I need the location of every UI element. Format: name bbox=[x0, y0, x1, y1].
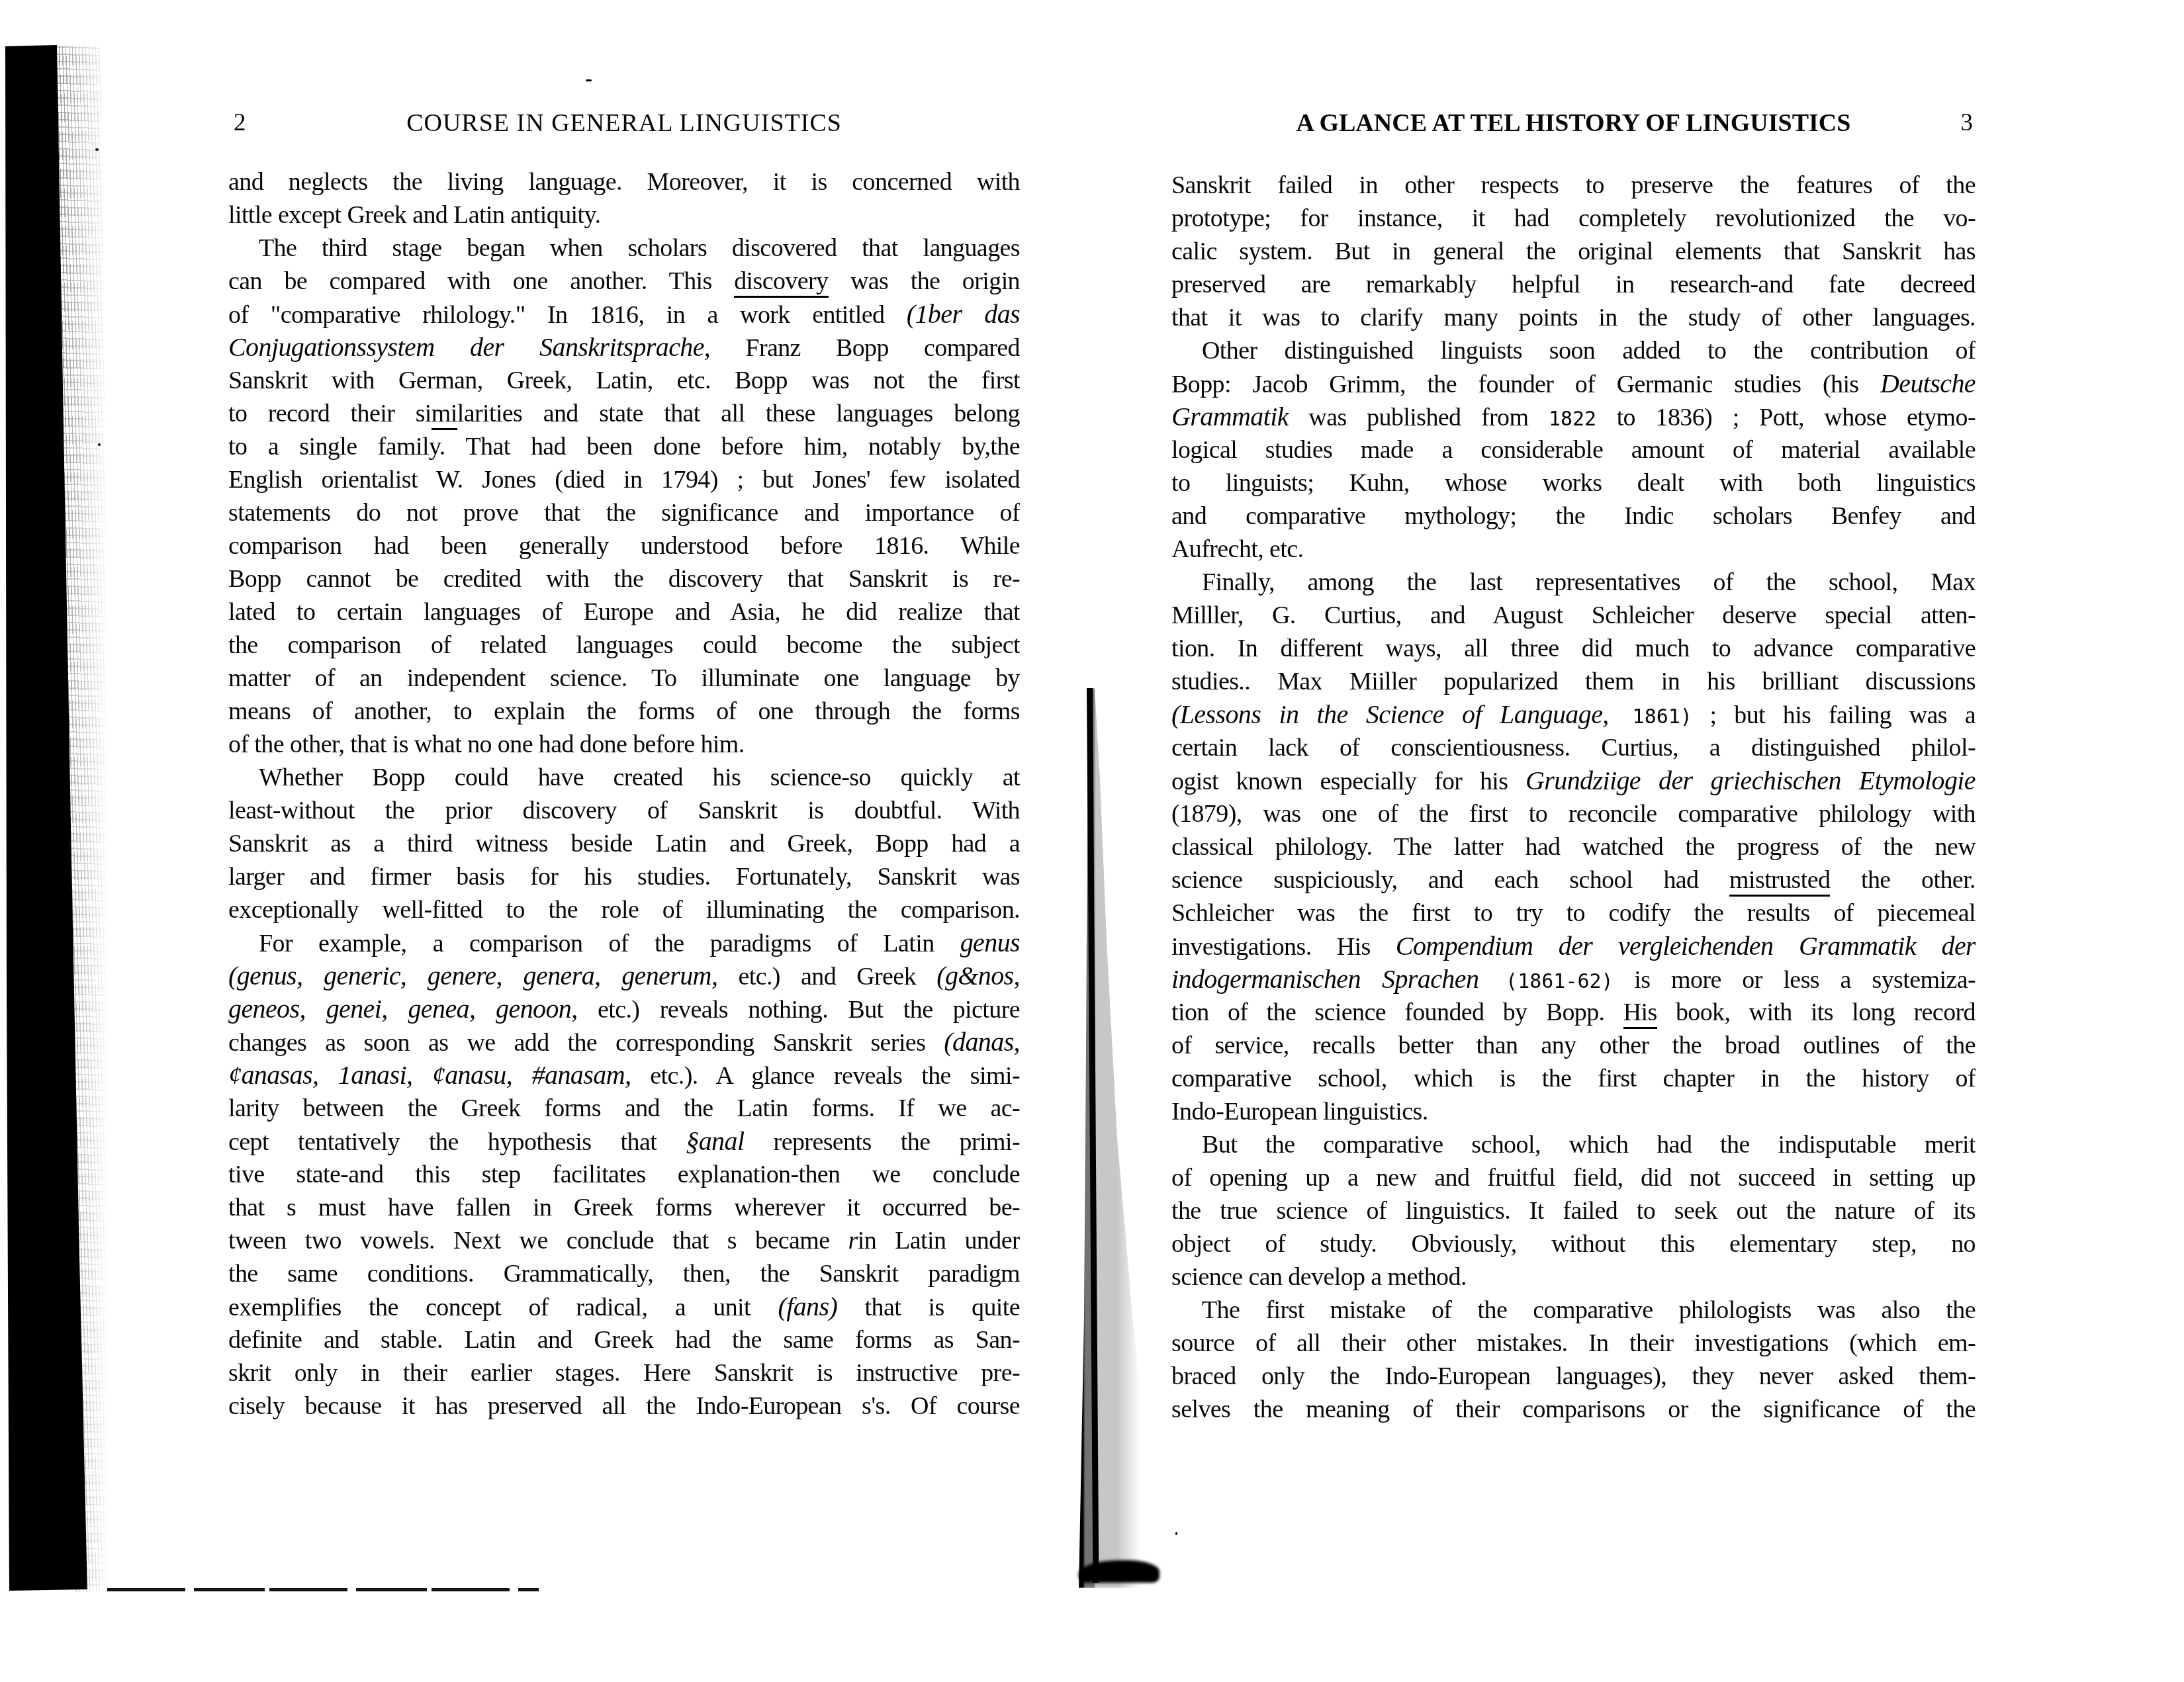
text-line: Bopp: Jacob Grimm, the founder of German… bbox=[1171, 367, 1976, 400]
binding-shadow-foot bbox=[1079, 1560, 1160, 1583]
text-segment: the true science of linguistics. It fail… bbox=[1171, 1197, 1976, 1225]
underlined-text: mistrusted bbox=[1729, 866, 1830, 897]
page-left: 2 COURSE IN GENERAL LINGUISTICS and negl… bbox=[228, 0, 1020, 1682]
text-line: (genus, generic, genere, genera, generum… bbox=[228, 959, 1020, 993]
running-title-right: A GLANCE AT TEL HISTORY OF LINGUISTICS bbox=[1171, 108, 1976, 138]
text-segment: science suspiciously, and each school ha… bbox=[1171, 866, 1729, 894]
text-line: braced only the Indo-European languages)… bbox=[1171, 1360, 1976, 1393]
italic-text: genus bbox=[960, 928, 1020, 957]
underlined-text: His bbox=[1623, 998, 1657, 1029]
text-segment: tion of the science founded by Bopp. bbox=[1171, 998, 1623, 1026]
text-line: Other distinguished linguists soon added… bbox=[1171, 334, 1976, 367]
text-segment: The third stage began when scholars disc… bbox=[259, 234, 1020, 262]
text-segment: Other distinguished linguists soon added… bbox=[1202, 337, 1976, 365]
text-segment: skrit only in their earlier stages. Here… bbox=[228, 1359, 1020, 1387]
text-line: Bopp cannot be credited with the discove… bbox=[228, 562, 1020, 596]
text-segment: selves the meaning of their comparisons … bbox=[1171, 1395, 1976, 1423]
text-segment: of service, recalls better than any othe… bbox=[1171, 1032, 1976, 1059]
text-line: the same conditions. Grammatically, then… bbox=[228, 1257, 1020, 1290]
text-line: and neglects the living language. Moreov… bbox=[228, 165, 1020, 199]
text-line: selves the meaning of their comparisons … bbox=[1171, 1393, 1976, 1426]
text-segment: in Latin under bbox=[858, 1227, 1020, 1255]
text-line: For example, a comparison of the paradig… bbox=[228, 926, 1020, 959]
text-segment: certain lack of conscientiousness. Curti… bbox=[1171, 734, 1976, 762]
text-segment: statements do not prove that the signifi… bbox=[228, 499, 1020, 527]
text-line: ogist known especially for his Grundziig… bbox=[1171, 764, 1976, 797]
text-segment: etc.) and Greek bbox=[717, 963, 936, 991]
text-segment: of "comparative rhilology." In 1816, in … bbox=[228, 301, 907, 329]
text-line: that it was to clarify many points in th… bbox=[1171, 301, 1976, 334]
text-line: cept tentatively the hypothesis that §an… bbox=[228, 1125, 1020, 1158]
text-line: Sanskrit as a third witness beside Latin… bbox=[228, 827, 1020, 860]
text-line: of service, recalls better than any othe… bbox=[1171, 1029, 1976, 1062]
text-segment: the comparison of related languages coul… bbox=[228, 631, 1020, 659]
italic-text: Conjugationssystem der Sanskritsprache, bbox=[228, 332, 710, 362]
text-segment: to 1836) ; Pott, whose etymo- bbox=[1596, 404, 1976, 431]
text-segment: braced only the Indo-European languages)… bbox=[1171, 1362, 1976, 1390]
text-line: larger and firmer basis for his studies.… bbox=[228, 860, 1020, 893]
text-line: can be compared with one another. This d… bbox=[228, 265, 1020, 298]
text-line: object of study. Obviously, without this… bbox=[1171, 1227, 1976, 1261]
text-line: Sanskrit with German, Greek, Latin, etc.… bbox=[228, 364, 1020, 397]
text-line: studies.. Max Miiller popularized them i… bbox=[1171, 665, 1976, 698]
text-segment: to a single family. That had been done b… bbox=[228, 433, 1020, 461]
italic-text: Deutsche bbox=[1880, 369, 1976, 398]
text-line: matter of an independent science. To ill… bbox=[228, 662, 1020, 695]
text-line: comparative school, which is the first c… bbox=[1171, 1062, 1976, 1095]
text-segment: of opening up a new and fruitful field, … bbox=[1171, 1164, 1976, 1192]
running-title-left: COURSE IN GENERAL LINGUISTICS bbox=[228, 108, 1020, 138]
text-segment: Bopp: Jacob Grimm, the founder of German… bbox=[1171, 371, 1880, 398]
text-segment: ; but his failing was a bbox=[1692, 701, 1976, 729]
text-segment: Bopp cannot be credited with the discove… bbox=[228, 565, 1020, 593]
text-line: statements do not prove that the signifi… bbox=[228, 496, 1020, 529]
text-line: to record their similarities and state t… bbox=[228, 397, 1020, 430]
text-segment: preserved are remarkably helpful in rese… bbox=[1171, 271, 1976, 298]
italic-text: §anal bbox=[686, 1126, 744, 1156]
text-line: skrit only in their earlier stages. Here… bbox=[228, 1356, 1020, 1390]
text-line: least-without the prior discovery of San… bbox=[228, 794, 1020, 827]
italic-text: indogermanischen Sprachen bbox=[1171, 964, 1479, 994]
text-segment: science can develop a method. bbox=[1171, 1263, 1467, 1291]
text-line: calic system. But in general the origina… bbox=[1171, 235, 1976, 268]
italic-text: ¢anasas, 1anasi, ¢anasu, #anasam, bbox=[228, 1060, 631, 1090]
text-line: to linguists; Kuhn, whose works dealt wi… bbox=[1171, 466, 1976, 500]
text-segment: and neglects the living language. Moreov… bbox=[228, 168, 1020, 196]
page-right: A GLANCE AT TEL HISTORY OF LINGUISTICS 3… bbox=[1171, 0, 1976, 1682]
text-segment: exceptionally well-fitted to the role of… bbox=[228, 896, 1020, 924]
italic-text: Compendium der vergleichenden Grammatik … bbox=[1396, 931, 1976, 961]
text-line: logical studies made a considerable amou… bbox=[1171, 433, 1976, 466]
mono-text: (1861-62) bbox=[1479, 970, 1613, 993]
text-segment: (1879), was one of the first to reconcil… bbox=[1171, 800, 1976, 828]
text-segment: Indo-European linguistics. bbox=[1171, 1098, 1428, 1126]
text-line: investigations. His Compendium der vergl… bbox=[1171, 930, 1976, 963]
text-segment: represents the primi- bbox=[744, 1128, 1020, 1156]
text-segment: English orientalist W. Jones (died in 17… bbox=[228, 466, 1020, 494]
text-segment: logical studies made a considerable amou… bbox=[1171, 436, 1976, 464]
text-line: prototype; for instance, it had complete… bbox=[1171, 202, 1976, 235]
text-segment: can be compared with one another. This bbox=[228, 267, 734, 295]
text-segment: means of another, to explain the forms o… bbox=[228, 697, 1020, 725]
text-segment: calic system. But in general the origina… bbox=[1171, 238, 1976, 265]
mono-text: 1822 bbox=[1549, 408, 1596, 431]
text-line: Milller, G. Curtius, and August Schleich… bbox=[1171, 599, 1976, 632]
text-segment: least-without the prior discovery of San… bbox=[228, 797, 1020, 824]
mono-text: 1861) bbox=[1609, 705, 1692, 729]
text-line: English orientalist W. Jones (died in 17… bbox=[228, 463, 1020, 496]
text-line: of the other, that is what no one had do… bbox=[228, 728, 1020, 761]
page-left-body-text: and neglects the living language. Moreov… bbox=[228, 165, 1020, 1423]
text-line: preserved are remarkably helpful in rese… bbox=[1171, 268, 1976, 301]
italic-text: (g&nos, bbox=[936, 961, 1020, 991]
text-line: of opening up a new and fruitful field, … bbox=[1171, 1161, 1976, 1194]
text-segment: Sanskrit with German, Greek, Latin, etc.… bbox=[228, 367, 1020, 394]
text-line: tion of the science founded by Bopp. His… bbox=[1171, 996, 1976, 1029]
text-segment: But the comparative school, which had th… bbox=[1202, 1131, 1976, 1159]
text-segment: object of study. Obviously, without this… bbox=[1171, 1230, 1976, 1258]
page-number-right: 3 bbox=[1961, 108, 1974, 138]
text-segment: cept tentatively the hypothesis that bbox=[228, 1128, 686, 1156]
text-line: (Lessons in the Science of Language, 186… bbox=[1171, 698, 1976, 731]
text-line: exemplifies the concept of radical, a un… bbox=[228, 1290, 1020, 1323]
italic-text: (Lessons in the Science of Language, bbox=[1171, 699, 1609, 729]
text-line: Grammatik was published from 1822 to 183… bbox=[1171, 400, 1976, 433]
text-line: Whether Bopp could have created his scie… bbox=[228, 761, 1020, 794]
text-line: The first mistake of the comparative phi… bbox=[1171, 1294, 1976, 1327]
text-segment: is more or less a systemiza- bbox=[1614, 966, 1976, 994]
text-line: Finally, among the last representatives … bbox=[1171, 566, 1976, 599]
text-line: little except Greek and Latin antiquity. bbox=[228, 199, 1020, 232]
page-right-body-text: Sanskrit failed in other respects to pre… bbox=[1171, 169, 1976, 1426]
text-segment: classical philology. The latter had watc… bbox=[1171, 833, 1976, 861]
italic-text: r bbox=[848, 1227, 858, 1255]
text-line: exceptionally well-fitted to the role of… bbox=[228, 893, 1020, 926]
text-segment: definite and stable. Latin and Greek had… bbox=[228, 1326, 1020, 1354]
text-segment: The first mistake of the comparative phi… bbox=[1202, 1296, 1976, 1324]
underlined-text: discovery bbox=[734, 267, 828, 298]
text-line: science can develop a method. bbox=[1171, 1261, 1976, 1294]
text-segment: Whether Bopp could have created his scie… bbox=[259, 764, 1020, 791]
text-segment: ogist known especially for his bbox=[1171, 768, 1525, 795]
italic-text: geneos, genei, genea, genoon, bbox=[228, 994, 578, 1024]
text-segment: matter of an independent science. To ill… bbox=[228, 664, 1020, 692]
text-segment: comparison had been generally understood… bbox=[228, 532, 1020, 560]
italic-text: (genus, generic, genere, genera, generum… bbox=[228, 961, 717, 991]
text-line: and comparative mythology; the Indic sch… bbox=[1171, 500, 1976, 533]
text-segment: and comparative mythology; the Indic sch… bbox=[1171, 502, 1976, 530]
italic-text: (fans) bbox=[778, 1292, 837, 1321]
text-segment: prototype; for instance, it had complete… bbox=[1171, 204, 1976, 232]
text-line: Schleicher was the first to try to codif… bbox=[1171, 897, 1976, 930]
text-line: means of another, to explain the forms o… bbox=[228, 695, 1020, 728]
text-segment: Sanskrit failed in other respects to pre… bbox=[1171, 171, 1976, 199]
text-line: Sanskrit failed in other respects to pre… bbox=[1171, 169, 1976, 202]
ink-speck bbox=[95, 148, 99, 151]
text-segment: the other. bbox=[1830, 866, 1976, 894]
text-line: the true science of linguistics. It fail… bbox=[1171, 1194, 1976, 1227]
text-segment: changes as soon as we add the correspond… bbox=[228, 1029, 944, 1057]
text-segment: etc.) reveals nothing. But the picture bbox=[578, 996, 1020, 1024]
text-segment: Franz Bopp compared bbox=[710, 334, 1020, 362]
text-line: The third stage began when scholars disc… bbox=[228, 232, 1020, 265]
ink-speck bbox=[98, 443, 101, 446]
text-line: tive state-and this step facilitates exp… bbox=[228, 1158, 1020, 1191]
text-segment: that it was to clarify many points in th… bbox=[1171, 304, 1976, 332]
text-line: certain lack of conscientiousness. Curti… bbox=[1171, 731, 1976, 764]
text-line: comparison had been generally understood… bbox=[228, 529, 1020, 562]
text-line: Conjugationssystem der Sanskritsprache, … bbox=[228, 331, 1020, 364]
italic-text: Grammatik bbox=[1171, 402, 1289, 431]
text-line: tween two vowels. Next we conclude that … bbox=[228, 1224, 1020, 1257]
text-segment: that s must have fallen in Greek forms w… bbox=[228, 1194, 1020, 1221]
text-segment: studies.. Max Miiller popularized them i… bbox=[1171, 668, 1976, 695]
text-line: classical philology. The latter had watc… bbox=[1171, 830, 1976, 863]
text-line: that s must have fallen in Greek forms w… bbox=[228, 1191, 1020, 1224]
text-line: lated to certain languages of Europe and… bbox=[228, 596, 1020, 629]
text-line: definite and stable. Latin and Greek had… bbox=[228, 1323, 1020, 1356]
text-segment: Sanskrit as a third witness beside Latin… bbox=[228, 830, 1020, 858]
text-segment: Schleicher was the first to try to codif… bbox=[1171, 899, 1976, 927]
running-head-left: 2 COURSE IN GENERAL LINGUISTICS bbox=[228, 108, 1020, 138]
text-segment: exemplifies the concept of radical, a un… bbox=[228, 1294, 778, 1321]
text-segment: to linguists; Kuhn, whose works dealt wi… bbox=[1171, 469, 1976, 497]
text-segment: that is quite bbox=[837, 1294, 1020, 1321]
text-line: indogermanischen Sprachen (1861-62) is m… bbox=[1171, 963, 1976, 996]
text-segment: tion. In different ways, all three did m… bbox=[1171, 635, 1976, 662]
text-line: to a single family. That had been done b… bbox=[228, 430, 1020, 463]
text-line: geneos, genei, genea, genoon, etc.) reve… bbox=[228, 993, 1020, 1026]
text-segment: to record their si bbox=[228, 400, 432, 427]
text-line: cisely because it has preserved all the … bbox=[228, 1390, 1020, 1423]
text-line: science suspiciously, and each school ha… bbox=[1171, 863, 1976, 897]
italic-text: (danas, bbox=[944, 1027, 1020, 1057]
text-line: ¢anasas, 1anasi, ¢anasu, #anasam, etc.).… bbox=[228, 1059, 1020, 1092]
text-segment: tween two vowels. Next we conclude that … bbox=[228, 1227, 848, 1255]
text-segment: larity between the Greek forms and the L… bbox=[228, 1094, 1020, 1122]
text-line: Aufrecht, etc. bbox=[1171, 533, 1976, 566]
scanned-book-spread: 2 COURSE IN GENERAL LINGUISTICS and negl… bbox=[0, 0, 2184, 1682]
text-segment: was published from bbox=[1289, 404, 1549, 431]
text-segment: tive state-and this step facilitates exp… bbox=[228, 1161, 1020, 1188]
running-head-right: A GLANCE AT TEL HISTORY OF LINGUISTICS 3 bbox=[1171, 108, 1976, 138]
text-segment: larger and firmer basis for his studies.… bbox=[228, 863, 1020, 891]
text-segment: For example, a comparison of the paradig… bbox=[259, 930, 960, 957]
text-segment: comparative school, which is the first c… bbox=[1171, 1065, 1976, 1092]
text-line: changes as soon as we add the correspond… bbox=[228, 1026, 1020, 1059]
text-segment: source of all their other mistakes. In t… bbox=[1171, 1329, 1976, 1357]
italic-text: (1ber das bbox=[907, 299, 1020, 329]
text-segment: cisely because it has preserved all the … bbox=[228, 1392, 1020, 1420]
text-segment: etc.). A glance reveals the simi- bbox=[631, 1062, 1020, 1090]
text-segment: book, with its long record bbox=[1657, 998, 1976, 1026]
text-segment: Milller, G. Curtius, and August Schleich… bbox=[1171, 601, 1976, 629]
underlined-text: mi bbox=[432, 400, 457, 430]
text-line: the comparison of related languages coul… bbox=[228, 629, 1020, 662]
text-segment: Finally, among the last representatives … bbox=[1202, 568, 1976, 596]
page-number-left: 2 bbox=[234, 108, 246, 138]
text-line: (1879), was one of the first to reconcil… bbox=[1171, 797, 1976, 830]
text-segment: Aufrecht, etc. bbox=[1171, 535, 1303, 563]
text-segment: investigations. His bbox=[1171, 933, 1396, 961]
text-line: source of all their other mistakes. In t… bbox=[1171, 1327, 1976, 1360]
text-line: of "comparative rhilology." In 1816, in … bbox=[228, 298, 1020, 331]
text-segment: of the other, that is what no one had do… bbox=[228, 730, 745, 758]
text-segment: the same conditions. Grammatically, then… bbox=[228, 1260, 1020, 1288]
text-segment: was the origin bbox=[829, 267, 1021, 295]
text-line: Indo-European linguistics. bbox=[1171, 1095, 1976, 1128]
italic-text: Grundziige der griechischen Etymologie bbox=[1525, 766, 1976, 795]
text-segment: little except Greek and Latin antiquity. bbox=[228, 201, 600, 229]
text-segment: larities and state that all these langua… bbox=[457, 400, 1020, 427]
text-segment: lated to certain languages of Europe and… bbox=[228, 598, 1020, 626]
text-line: larity between the Greek forms and the L… bbox=[228, 1092, 1020, 1125]
text-line: tion. In different ways, all three did m… bbox=[1171, 632, 1976, 665]
text-line: But the comparative school, which had th… bbox=[1171, 1128, 1976, 1161]
